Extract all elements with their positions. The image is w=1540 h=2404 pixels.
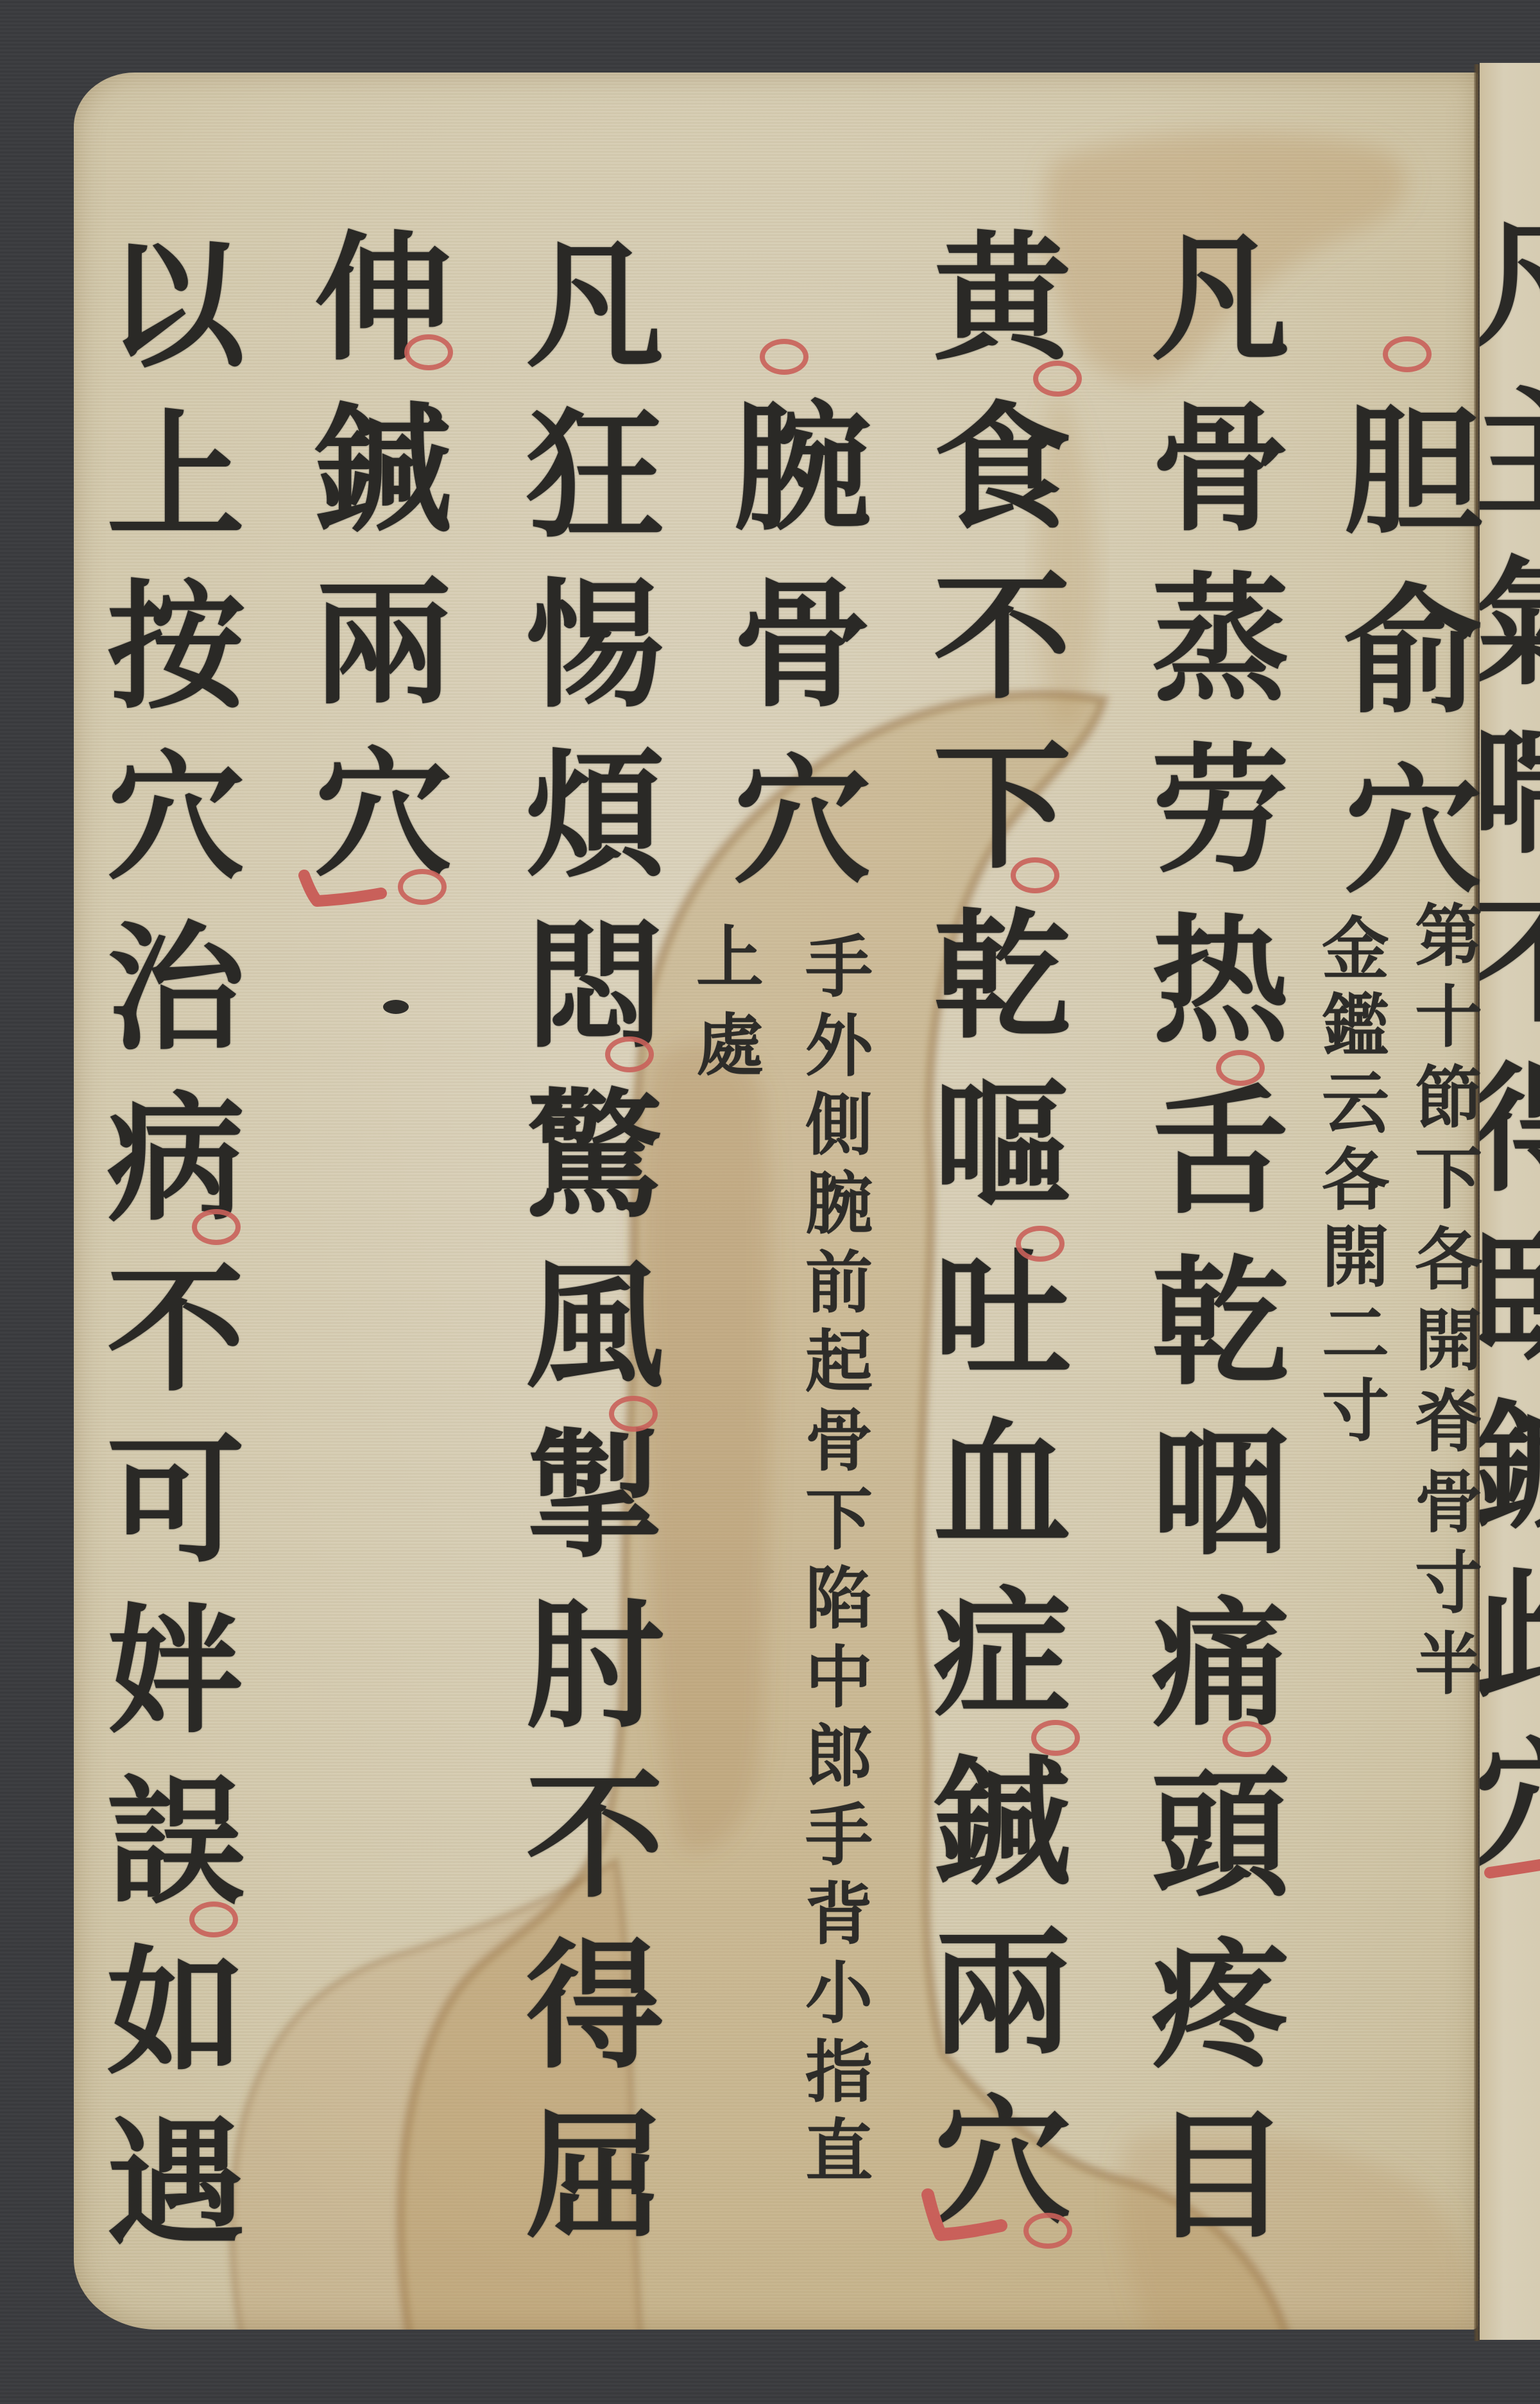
punctuation-circle-col1 — [1383, 336, 1432, 372]
column-5-text: 凡狂惕煩悶驚風掣肘不得屈 — [507, 232, 661, 2273]
punctuation-circle-col7 — [192, 1209, 241, 1245]
punctuation-circle-col3 — [1011, 857, 1059, 893]
column-1-heading: 胆俞穴 — [1325, 399, 1479, 938]
adjacent-page-column: 凡主氣喘不得臥鍼此穴 — [1480, 212, 1540, 1900]
adjacent-page-edge: 凡主氣喘不得臥鍼此穴 — [1480, 63, 1540, 2340]
column-2-text: 凡骨蒸劳热舌乾咽痛頭疼目 — [1133, 225, 1287, 2274]
punctuation-circle-col3 — [1033, 361, 1082, 397]
column-1-annotation-right: 第十節下各開脊骨寸半 — [1405, 900, 1482, 1709]
punctuation-circle-col7 — [189, 1902, 238, 1937]
punctuation-circle-col2 — [1222, 1721, 1271, 1757]
column-4-annotation-left: 上處 — [687, 922, 764, 1097]
punctuation-circle-col5 — [609, 1396, 658, 1432]
punctuation-circle-col6 — [398, 869, 447, 905]
column-4-heading: 腕骨穴 — [714, 395, 868, 925]
punctuation-circle-col3 — [1023, 2213, 1072, 2249]
column-7-text: 以上按穴治病不可姅誤如遇 — [88, 232, 242, 2281]
punctuation-circle-col3 — [1031, 1720, 1080, 1756]
column-6-text: 伸鍼兩穴 — [295, 225, 449, 913]
column-4-annotation-right: 手外側腕前起骨下陷中郎手背小指直 — [796, 931, 873, 2194]
punctuation-circle-col6 — [404, 334, 453, 370]
punctuation-circle-col5 — [605, 1036, 654, 1072]
punctuation-circle-col2 — [1216, 1050, 1265, 1086]
column-1-annotation-left: 金鑑云各開二寸 — [1312, 913, 1389, 1452]
punctuation-circle-col3 — [1016, 1226, 1065, 1262]
punctuation-circle-col4 — [760, 339, 809, 375]
